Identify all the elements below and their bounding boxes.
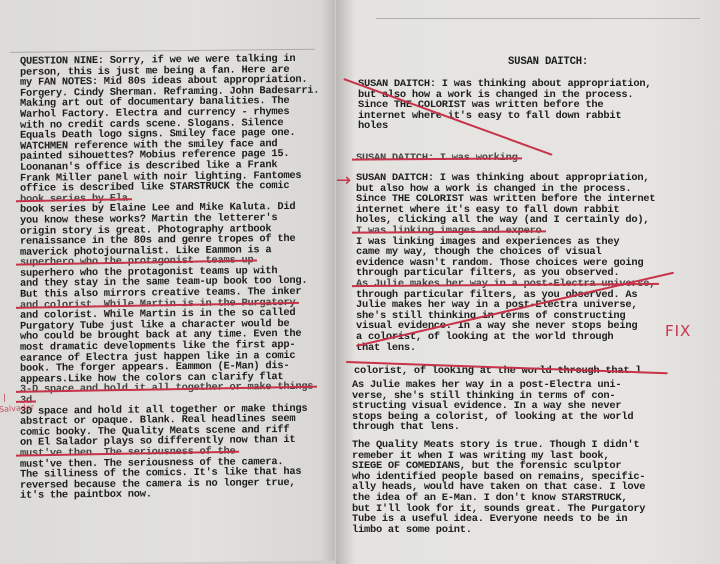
fix-note: FIX bbox=[665, 322, 691, 340]
answer-draft-3: SUSAN DAITCH: I was thinking about appro… bbox=[356, 173, 655, 353]
struck-line: SUSAN DAITCH: I was working bbox=[356, 153, 518, 164]
answer-draft-2-struck: SUSAN DAITCH: I was working bbox=[356, 153, 518, 164]
question-nine-text: QUESTION NINE: Sorry, if we we were talk… bbox=[20, 54, 319, 502]
struck-line: and colorist. While Martin is in the Pur… bbox=[20, 297, 319, 311]
text-line: through that lens. bbox=[352, 422, 633, 433]
text-line: that lens. bbox=[356, 343, 655, 354]
answer-draft-1: SUSAN DAITCH: I was thinking about appro… bbox=[358, 79, 651, 132]
text-line: internet where it's easy to fall down ra… bbox=[358, 111, 651, 122]
margin-mark: | bbox=[3, 393, 6, 402]
julie-paragraph: As Julie makes her way in a post-Electra… bbox=[352, 380, 633, 433]
page-edge-rule bbox=[376, 18, 700, 19]
text-line: limbo at some point. bbox=[352, 525, 645, 536]
text-line: holes bbox=[358, 121, 651, 132]
insert-arrow-icon: → bbox=[336, 170, 351, 191]
page-heading: SUSAN DAITCH: bbox=[508, 56, 588, 68]
struck-line: As Julie makes her way in a post-Electra… bbox=[356, 279, 655, 290]
right-page: SUSAN DAITCH: SUSAN DAITCH: I was thinki… bbox=[336, 0, 720, 564]
text-line: it's the paintbox now. bbox=[20, 488, 319, 502]
left-page: QUESTION NINE: Sorry, if we we were talk… bbox=[0, 0, 335, 564]
quality-meats-paragraph: The Quality Meats story is true. Though … bbox=[352, 440, 645, 535]
